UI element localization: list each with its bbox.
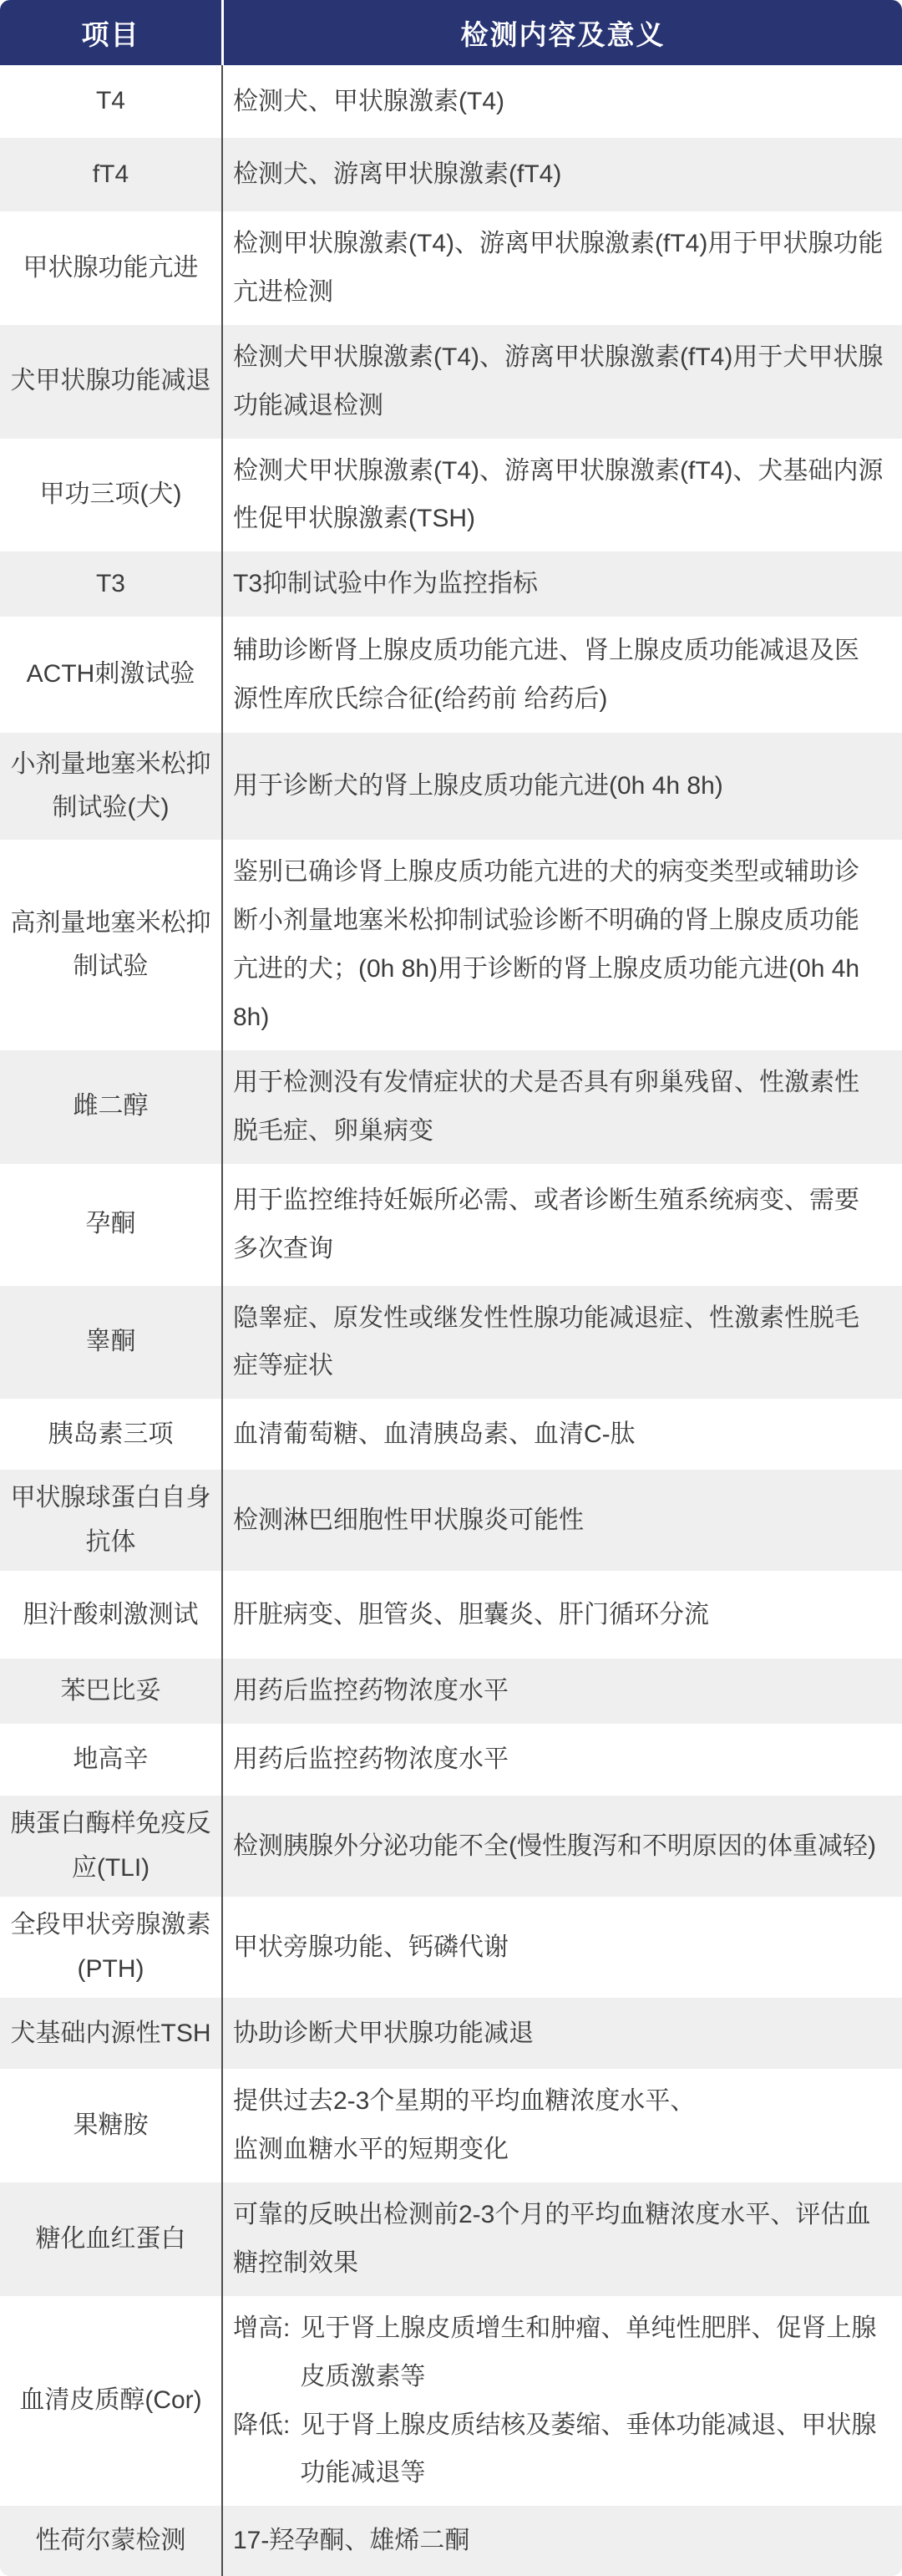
- item-cell: 雌二醇: [0, 1050, 221, 1164]
- table-row: 小剂量地塞米松抑制试验(犬)用于诊断犬的肾上腺皮质功能亢进(0h 4h 8h): [0, 733, 902, 840]
- content-cell: 检测犬甲状腺激素(T4)、游离甲状腺激素(fT4)用于犬甲状腺功能减退检测: [221, 325, 902, 439]
- table-row: 甲状腺球蛋白自身抗体检测淋巴细胞性甲状腺炎可能性: [0, 1470, 902, 1571]
- table-row: 睾酮隐睾症、原发性或继发性性腺功能减退症、性激素性脱毛症等症状: [0, 1286, 902, 1400]
- table-row: 胰岛素三项血清葡萄糖、血清胰岛素、血清C-肽: [0, 1399, 902, 1470]
- item-cell: 果糖胺: [0, 2069, 221, 2182]
- table-row: T4检测犬、甲状腺激素(T4): [0, 65, 902, 138]
- content-cell: 可靠的反映出检测前2-3个月的平均血糖浓度水平、评估血糖控制效果: [221, 2182, 902, 2296]
- table-row: 全段甲状旁腺激素(PTH)甲状旁腺功能、钙磷代谢: [0, 1897, 902, 1998]
- item-cell: 地高辛: [0, 1724, 221, 1796]
- content-cell: 隐睾症、原发性或继发性性腺功能减退症、性激素性脱毛症等症状: [221, 1286, 902, 1400]
- table-row: 甲功三项(犬)检测犬甲状腺激素(T4)、游离甲状腺激素(fT4)、犬基础内源性促…: [0, 439, 902, 552]
- table-row: ACTH刺激试验辅助诊断肾上腺皮质功能亢进、肾上腺皮质功能减退及医源性库欣氏综合…: [0, 617, 902, 733]
- content-cell: 检测犬、甲状腺激素(T4): [221, 65, 902, 138]
- table-row: 胰蛋白酶样免疫反应(TLI)检测胰腺外分泌功能不全(慢性腹泻和不明原因的体重减轻…: [0, 1796, 902, 1897]
- content-cell: 检测胰腺外分泌功能不全(慢性腹泻和不明原因的体重减轻): [221, 1796, 902, 1897]
- header-content-cell: 检测内容及意义: [221, 0, 902, 65]
- item-cell: 犬甲状腺功能减退: [0, 325, 221, 439]
- table-row: 高剂量地塞米松抑制试验鉴别已确诊肾上腺皮质功能亢进的犬的病变类型或辅助诊断小剂量…: [0, 840, 902, 1050]
- item-cell: 血清皮质醇(Cor): [0, 2296, 221, 2507]
- content-cell: 增高:见于肾上腺皮质增生和肿瘤、单纯性肥胖、促肾上腺皮质激素等降低:见于肾上腺皮…: [221, 2296, 902, 2507]
- content-entry: 降低:见于肾上腺皮质结核及萎缩、垂体功能减退、甲状腺功能减退等: [233, 2401, 884, 2498]
- item-cell: 胰蛋白酶样免疫反应(TLI): [0, 1796, 221, 1897]
- item-cell: 甲状腺功能亢进: [0, 211, 221, 325]
- table-row: 甲状腺功能亢进检测甲状腺激素(T4)、游离甲状腺激素(fT4)用于甲状腺功能亢进…: [0, 211, 902, 325]
- content-cell: 辅助诊断肾上腺皮质功能亢进、肾上腺皮质功能减退及医源性库欣氏综合征(给药前 给药…: [221, 617, 902, 733]
- table-row: 果糖胺提供过去2-3个星期的平均血糖浓度水平、 监测血糖水平的短期变化: [0, 2069, 902, 2182]
- item-cell: 胆汁酸刺激测试: [0, 1571, 221, 1659]
- table-row: fT4检测犬、游离甲状腺激素(fT4): [0, 138, 902, 211]
- content-cell: 提供过去2-3个星期的平均血糖浓度水平、 监测血糖水平的短期变化: [221, 2069, 902, 2182]
- table-row: 雌二醇用于检测没有发情症状的犬是否具有卵巢残留、性激素性脱毛症、卵巢病变: [0, 1050, 902, 1164]
- content-cell: 甲状旁腺功能、钙磷代谢: [221, 1897, 902, 1998]
- item-cell: 糖化血红蛋白: [0, 2182, 221, 2296]
- item-cell: 胰岛素三项: [0, 1399, 221, 1470]
- item-cell: fT4: [0, 138, 221, 211]
- item-cell: 甲功三项(犬): [0, 439, 221, 552]
- content-cell: T3抑制试验中作为监控指标: [221, 551, 902, 617]
- item-cell: 高剂量地塞米松抑制试验: [0, 840, 221, 1050]
- item-cell: 小剂量地塞米松抑制试验(犬): [0, 733, 221, 840]
- content-cell: 用药后监控药物浓度水平: [221, 1659, 902, 1724]
- item-cell: 甲状腺球蛋白自身抗体: [0, 1470, 221, 1571]
- entry-label: 降低:: [233, 2401, 290, 2498]
- table-header-row: 项目 检测内容及意义: [0, 0, 902, 65]
- content-entry: 增高:见于肾上腺皮质增生和肿瘤、单纯性肥胖、促肾上腺皮质激素等: [233, 2304, 884, 2401]
- table-body: T4检测犬、甲状腺激素(T4)fT4检测犬、游离甲状腺激素(fT4)甲状腺功能亢…: [0, 65, 902, 2576]
- item-cell: 性荷尔蒙检测: [0, 2506, 221, 2576]
- table-row: 苯巴比妥用药后监控药物浓度水平: [0, 1659, 902, 1724]
- content-cell: 检测犬甲状腺激素(T4)、游离甲状腺激素(fT4)、犬基础内源性促甲状腺激素(T…: [221, 439, 902, 552]
- table-row: 孕酮用于监控维持妊娠所必需、或者诊断生殖系统病变、需要多次查询: [0, 1164, 902, 1286]
- content-cell: 血清葡萄糖、血清胰岛素、血清C-肽: [221, 1399, 902, 1470]
- item-cell: T4: [0, 65, 221, 138]
- table-row: T3T3抑制试验中作为监控指标: [0, 551, 902, 617]
- table-row: 性荷尔蒙检测17-羟孕酮、雄烯二酮: [0, 2506, 902, 2576]
- item-cell: ACTH刺激试验: [0, 617, 221, 733]
- table-row: 糖化血红蛋白可靠的反映出检测前2-3个月的平均血糖浓度水平、评估血糖控制效果: [0, 2182, 902, 2296]
- content-cell: 用于监控维持妊娠所必需、或者诊断生殖系统病变、需要多次查询: [221, 1164, 902, 1286]
- content-cell: 用于检测没有发情症状的犬是否具有卵巢残留、性激素性脱毛症、卵巢病变: [221, 1050, 902, 1164]
- item-cell: T3: [0, 551, 221, 617]
- table-row: 血清皮质醇(Cor)增高:见于肾上腺皮质增生和肿瘤、单纯性肥胖、促肾上腺皮质激素…: [0, 2296, 902, 2507]
- item-cell: 全段甲状旁腺激素(PTH): [0, 1897, 221, 1998]
- header-item-cell: 项目: [0, 0, 221, 65]
- entry-label: 增高:: [233, 2304, 290, 2401]
- table-row: 犬甲状腺功能减退检测犬甲状腺激素(T4)、游离甲状腺激素(fT4)用于犬甲状腺功…: [0, 325, 902, 439]
- item-cell: 苯巴比妥: [0, 1659, 221, 1724]
- content-cell: 鉴别已确诊肾上腺皮质功能亢进的犬的病变类型或辅助诊断小剂量地塞米松抑制试验诊断不…: [221, 840, 902, 1050]
- table-row: 地高辛用药后监控药物浓度水平: [0, 1724, 902, 1796]
- content-cell: 用于诊断犬的肾上腺皮质功能亢进(0h 4h 8h): [221, 733, 902, 840]
- content-cell: 肝脏病变、胆管炎、胆囊炎、肝门循环分流: [221, 1571, 902, 1659]
- content-cell: 检测犬、游离甲状腺激素(fT4): [221, 138, 902, 211]
- item-cell: 睾酮: [0, 1286, 221, 1400]
- item-cell: 孕酮: [0, 1164, 221, 1286]
- table-row: 犬基础内源性TSH协助诊断犬甲状腺功能减退: [0, 1998, 902, 2069]
- entry-text: 见于肾上腺皮质增生和肿瘤、单纯性肥胖、促肾上腺皮质激素等: [300, 2304, 884, 2401]
- content-cell: 17-羟孕酮、雄烯二酮: [221, 2506, 902, 2576]
- test-items-table: 项目 检测内容及意义 T4检测犬、甲状腺激素(T4)fT4检测犬、游离甲状腺激素…: [0, 0, 902, 2576]
- content-cell: 检测甲状腺激素(T4)、游离甲状腺激素(fT4)用于甲状腺功能亢进检测: [221, 211, 902, 325]
- content-cell: 用药后监控药物浓度水平: [221, 1724, 902, 1796]
- table-row: 胆汁酸刺激测试肝脏病变、胆管炎、胆囊炎、肝门循环分流: [0, 1571, 902, 1659]
- content-cell: 协助诊断犬甲状腺功能减退: [221, 1998, 902, 2069]
- item-cell: 犬基础内源性TSH: [0, 1998, 221, 2069]
- entry-text: 见于肾上腺皮质结核及萎缩、垂体功能减退、甲状腺功能减退等: [300, 2401, 884, 2498]
- content-cell: 检测淋巴细胞性甲状腺炎可能性: [221, 1470, 902, 1571]
